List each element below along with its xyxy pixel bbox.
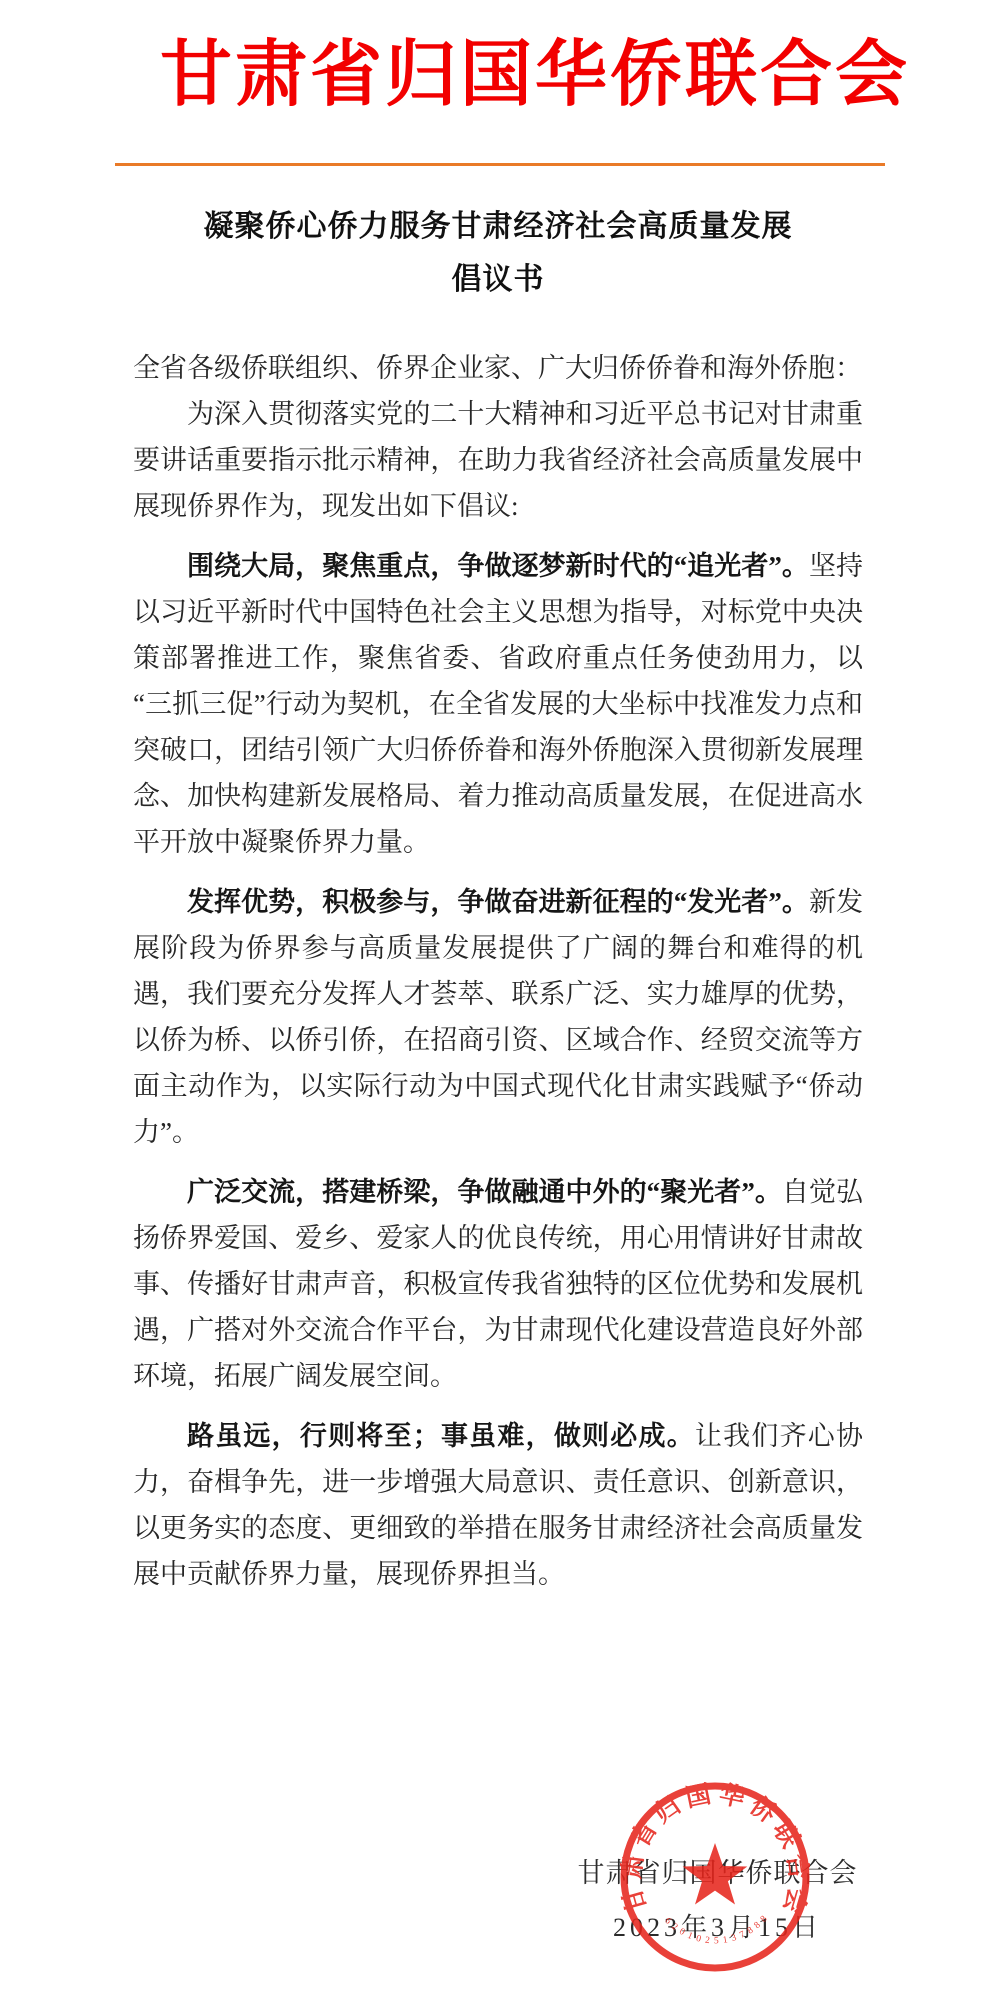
salutation: 全省各级侨联组织、侨界企业家、广大归侨侨眷和海外侨胞： <box>133 345 863 391</box>
seal-star <box>683 1843 748 1905</box>
paragraph-lead: 广泛交流，搭建桥梁，争做融通中外的“聚光者”。 <box>187 1177 782 1207</box>
letterhead-divider <box>115 163 885 166</box>
paragraph-text: 为深入贯彻落实党的二十大精神和习近平总书记对甘肃重要讲话重要指示批示精神，在助力… <box>133 399 863 521</box>
document-title-line1: 凝聚侨心侨力服务甘肃经济社会高质量发展 <box>133 200 863 253</box>
document-title: 凝聚侨心侨力服务甘肃经济社会高质量发展 倡议书 <box>133 200 863 306</box>
document-title-line2: 倡议书 <box>133 253 863 306</box>
letterhead-title: 甘肃省归国华侨联合会 <box>160 16 910 120</box>
seal-code-text: 6201025137888 <box>662 1914 769 1946</box>
paragraph-intro: 为深入贯彻落实党的二十大精神和习近平总书记对甘肃重要讲话重要指示批示精神，在助力… <box>133 391 863 529</box>
paragraph-initiative-2: 发挥优势，积极参与，争做奋进新征程的“发光者”。新发展阶段为侨界参与高质量发展提… <box>133 879 863 1155</box>
document-body: 全省各级侨联组织、侨界企业家、广大归侨侨眷和海外侨胞： 为深入贯彻落实党的二十大… <box>133 345 863 1597</box>
paragraph-closing: 路虽远，行则将至；事虽难，做则必成。让我们齐心协力，奋楫争先，进一步增强大局意识… <box>133 1413 863 1597</box>
paragraph-lead: 发挥优势，积极参与，争做奋进新征程的“发光者”。 <box>187 887 809 917</box>
paragraph-text: 自觉弘扬侨界爱国、爱乡、爱家人的优良传统，用心用情讲好甘肃故事、传播好甘肃声音，… <box>133 1177 863 1391</box>
paragraph-initiative-3: 广泛交流，搭建桥梁，争做融通中外的“聚光者”。自觉弘扬侨界爱国、爱乡、爱家人的优… <box>133 1169 863 1399</box>
paragraph-text: 坚持以习近平新时代中国特色社会主义思想为指导，对标党中央决策部署推进工作，聚焦省… <box>133 551 863 857</box>
document-page: 甘肃省归国华侨联合会 凝聚侨心侨力服务甘肃经济社会高质量发展 倡议书 全省各级侨… <box>0 0 1000 2000</box>
official-seal: 甘肃省归国华侨联合会 6201025137888 <box>620 1782 810 1972</box>
seal-code-text-holder: 6201025137888 <box>662 1914 769 1946</box>
paragraph-lead: 路虽远，行则将至；事虽难，做则必成。 <box>187 1421 695 1451</box>
paragraph-lead: 围绕大局，聚焦重点，争做逐梦新时代的“追光者”。 <box>187 551 809 581</box>
paragraph-initiative-1: 围绕大局，聚焦重点，争做逐梦新时代的“追光者”。坚持以习近平新时代中国特色社会主… <box>133 543 863 865</box>
paragraph-text: 新发展阶段为侨界参与高质量发展提供了广阔的舞台和难得的机遇，我们要充分发挥人才荟… <box>133 887 863 1147</box>
